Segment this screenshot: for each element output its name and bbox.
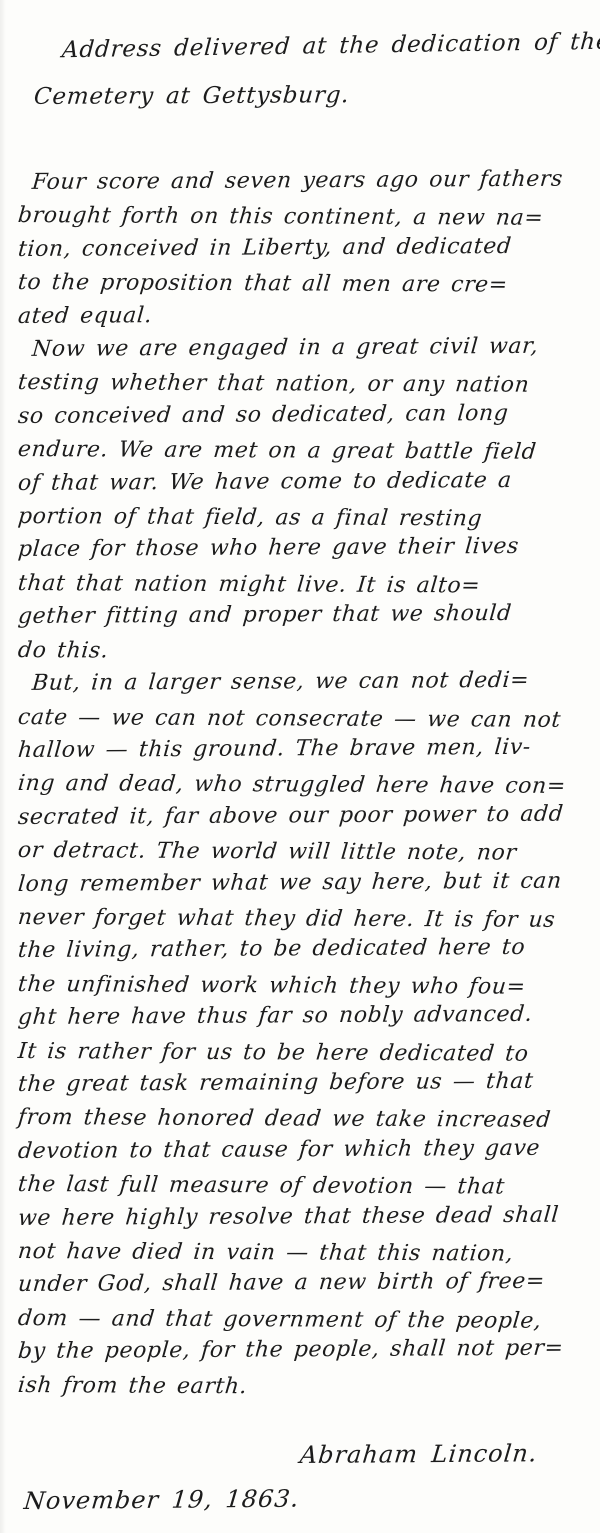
paragraph: Now we are engaged in a great civil war,…: [18, 333, 590, 667]
document-title: Address delivered at the dedication of t…: [18, 28, 590, 120]
manuscript-line: the living, rather, to be dedicated here…: [17, 931, 592, 968]
manuscript-line: so conceived and so dedicated, can long: [17, 396, 592, 433]
manuscript-line: tion, conceived in Liberty, and dedicate…: [17, 229, 592, 266]
paragraph: Four score and seven years ago our fathe…: [18, 166, 590, 333]
manuscript-line: under God, shall have a new birth of fre…: [17, 1265, 592, 1302]
date-line: November 19, 1863.: [22, 1482, 301, 1518]
signature-row: Abraham Lincoln.: [18, 1438, 590, 1472]
manuscript-line: ated equal.: [17, 296, 592, 333]
manuscript-body: Four score and seven years ago our fathe…: [18, 166, 590, 1402]
manuscript-line: gether fitting and proper that we should: [17, 597, 592, 634]
manuscript-line: Now we are engaged in a great civil war,: [17, 330, 592, 367]
manuscript-line: But, in a larger sense, we can not dedi=: [17, 664, 592, 701]
date-row: November 19, 1863.: [18, 1484, 590, 1518]
title-line-1: Address delivered at the dedication of t…: [16, 19, 592, 74]
manuscript-line: devotion to that cause for which they ga…: [17, 1131, 592, 1168]
manuscript-line: long remember what we say here, but it c…: [17, 864, 592, 901]
signature: Abraham Lincoln.: [298, 1436, 539, 1472]
scan-edge-artifact: [0, 0, 6, 1533]
paragraph: But, in a larger sense, we can not dedi=…: [18, 667, 590, 1402]
manuscript-line: ish from the earth.: [16, 1369, 591, 1405]
manuscript-line: by the people, for the people, shall not…: [17, 1332, 592, 1369]
manuscript-line: we here highly resolve that these dead s…: [17, 1198, 592, 1235]
manuscript-line: secrated it, far above our poor power to…: [17, 797, 592, 834]
title-line-2: Cemetery at Gettysburg.: [16, 71, 592, 120]
manuscript-line: the great task remaining before us — tha…: [17, 1064, 592, 1101]
manuscript-page: Address delivered at the dedication of t…: [0, 0, 600, 1533]
manuscript-line: Four score and seven years ago our fathe…: [17, 163, 592, 200]
manuscript-line: hallow — this ground. The brave men, liv…: [17, 730, 592, 767]
manuscript-line: of that war. We have come to dedicate a: [17, 463, 592, 500]
manuscript-line: place for those who here gave their live…: [17, 530, 592, 567]
manuscript-line: ght here have thus far so nobly advanced…: [17, 998, 592, 1035]
